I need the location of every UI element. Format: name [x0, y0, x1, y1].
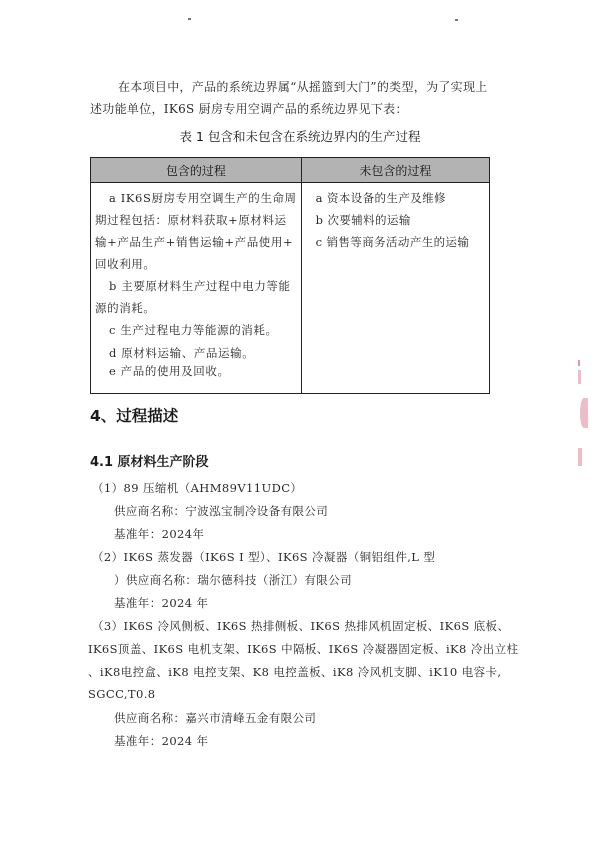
seal-fragment	[578, 360, 580, 366]
seal-fragment	[578, 370, 581, 384]
header-excluded: 未包含的过程	[301, 158, 489, 183]
included-line: d 原材料运输、产品运输。	[95, 344, 297, 362]
section-heading: 4、过程描述	[90, 404, 178, 426]
item-3-supplier: 供应商名称：嘉兴市清峰五金有限公司	[114, 710, 316, 726]
item-2-title: （2）IK6S 蒸发器（IK6S I 型）、IK6S 冷凝器（铜铝组件,L 型	[92, 549, 435, 565]
excluded-line: a 资本设备的生产及维修	[306, 187, 485, 209]
intro-line-2: 述功能单位，IK6S 厨房专用空调产品的系统边界见下表：	[90, 98, 500, 120]
intro-paragraph: 在本项目中，产品的系统边界属“从摇篮到大门”的类型，为了实现上 述功能单位，IK…	[90, 76, 500, 120]
included-line: e 产品的使用及回收。	[95, 362, 297, 380]
item-2-supplier: ）供应商名称：瑞尔德科技（浙江）有限公司	[114, 572, 352, 588]
included-line: 回收利用。	[95, 253, 297, 275]
system-boundary-table: 包含的过程 未包含的过程 a IK6S厨房专用空调生产的生命周 期过程包括：原材…	[90, 157, 490, 394]
included-line: b 主要原材料生产过程中电力等能	[95, 275, 297, 297]
scan-artifact	[455, 19, 458, 21]
item-1-supplier: 供应商名称：宁波泓宝制冷设备有限公司	[114, 503, 328, 519]
included-line: a IK6S厨房专用空调生产的生命周	[95, 187, 297, 209]
item-3-title-line: 、iK8电控盒、iK8 电控支架、K8 电控盖板、iK8 冷风机支脚、iK10 …	[88, 664, 501, 680]
included-processes-cell: a IK6S厨房专用空调生产的生命周 期过程包括：原材料获取+原材料运 输+产品…	[91, 183, 302, 394]
seal-fragment	[580, 398, 588, 428]
item-3-title-line: IK6S顶盖、IK6S 电机支架、IK6S 中隔板、IK6S 冷凝器固定板、iK…	[88, 641, 518, 657]
item-1-base-year: 基准年：2024年	[114, 526, 204, 542]
excluded-processes-cell: a 资本设备的生产及维修 b 次要辅料的运输 c 销售等商务活动产生的运输	[301, 183, 489, 394]
table-caption: 表 1 包含和未包含在系统边界内的生产过程	[0, 127, 600, 145]
item-1-title: （1）89 压缩机（AHM89V11UDC）	[92, 480, 302, 496]
included-line: c 生产过程电力等能源的消耗。	[95, 319, 297, 341]
excluded-line: c 销售等商务活动产生的运输	[306, 231, 485, 253]
header-included: 包含的过程	[91, 158, 302, 183]
item-2-base-year: 基准年：2024 年	[114, 595, 208, 611]
included-line: 期过程包括：原材料获取+原材料运	[95, 209, 297, 231]
item-3-base-year: 基准年：2024 年	[114, 733, 208, 749]
item-3-title-line: （3）IK6S 冷风侧板、IK6S 热排侧板、IK6S 热排风机固定板、IK6S…	[92, 618, 509, 634]
seal-fragment	[578, 448, 582, 466]
included-line: 源的消耗。	[95, 297, 297, 319]
excluded-line: b 次要辅料的运输	[306, 209, 485, 231]
included-line: 输+产品生产+销售运输+产品使用+	[95, 231, 297, 253]
intro-line-1: 在本项目中，产品的系统边界属“从摇篮到大门”的类型，为了实现上	[90, 76, 500, 98]
scan-artifact	[188, 18, 191, 20]
subsection-heading: 4.1 原材料生产阶段	[90, 451, 209, 470]
item-3-title-line: SGCC,T0.8	[88, 687, 155, 701]
